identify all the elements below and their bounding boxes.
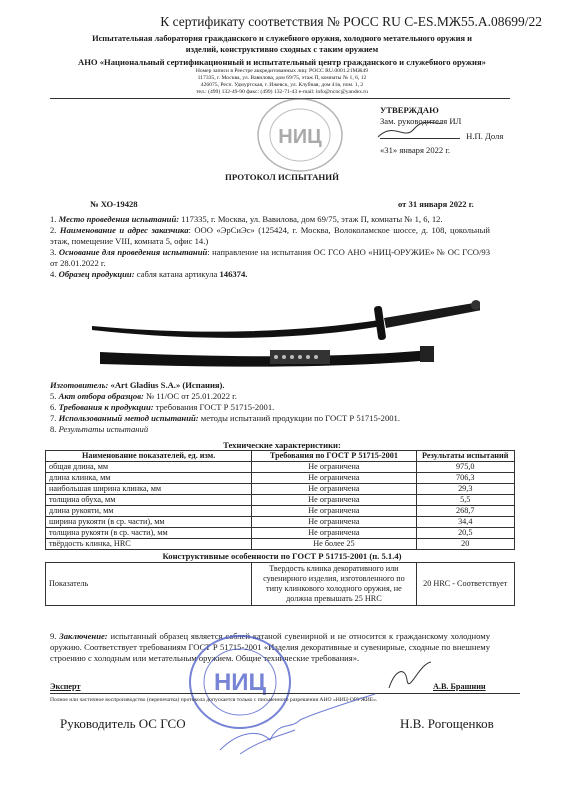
table-row: наибольшая ширина клинка, ммНе ограничен…: [46, 484, 515, 495]
approver-name: Н.П. Доля: [466, 131, 503, 141]
address-izhevsk: 426075, Респ. Удмуртская, г. Ижевск, ул.…: [0, 82, 564, 89]
org-contact-info: Номер записи в Реестре аккредитованных л…: [0, 68, 564, 96]
head-position: Руководитель ОС ГСО: [60, 716, 186, 732]
cell-parameter: толщина рукояти (в ср. части), мм: [46, 528, 252, 539]
table-row: длина рукояти, ммНе ограничена268,7: [46, 506, 515, 517]
cell-result: 706,3: [416, 473, 515, 484]
cell-result: 20,5: [416, 528, 515, 539]
certificate-reference: К сертификату соответствия № РОСС RU C-E…: [0, 14, 542, 30]
item-4: 4. Образец продукции: сабля катана артик…: [50, 269, 490, 280]
tech-table-header: Наименование показателей, ед. изм. Требо…: [46, 451, 515, 462]
lab-name: Испытательная лаборатория гражданского и…: [0, 33, 564, 55]
cell-parameter: толщина обуха, мм: [46, 495, 252, 506]
lab-stamp-icon: НИЦ: [250, 95, 350, 175]
column-header-result: Результаты испытаний: [416, 451, 515, 462]
katana-photo: [80, 296, 480, 378]
cell-requirement: Не ограничена: [252, 484, 416, 495]
table-row: длина клинка, ммНе ограничена706,3: [46, 473, 515, 484]
cell-parameter: общая длина, мм: [46, 462, 252, 473]
cell-requirement: Не ограничена: [252, 462, 416, 473]
column-header-parameter: Наименование показателей, ед. изм.: [46, 451, 252, 462]
table-row: толщина рукояти (в ср. части), ммНе огра…: [46, 528, 515, 539]
constr-requirement: Твердость клинка декоративного или сувен…: [252, 563, 416, 606]
construction-features-table: Показатель Твердость клинка декоративног…: [45, 562, 515, 606]
approval-date: «31» января 2022 г.: [380, 145, 503, 156]
table-row: твёрдость клинка, HRCНе более 2520: [46, 539, 515, 550]
cell-requirement: Не более 25: [252, 539, 416, 550]
cell-requirement: Не ограничена: [252, 517, 416, 528]
expert-signature-icon: [385, 660, 435, 692]
item-1: 1. Место проведения испытаний: 117335, г…: [50, 214, 490, 225]
protocol-number: № ХО-19428: [90, 199, 138, 209]
cell-requirement: Не ограничена: [252, 528, 416, 539]
protocol-items: 1. Место проведения испытаний: 117335, г…: [50, 214, 490, 280]
approval-label: УТВЕРЖДАЮ: [380, 105, 503, 116]
tech-table-title: Технические характеристики:: [0, 440, 564, 450]
lab-name-line2: изделий, конструктивно сходных с таким о…: [0, 44, 564, 55]
protocol-title: ПРОТОКОЛ ИСПЫТАНИЙ: [0, 172, 564, 182]
svg-text:НИЦ: НИЦ: [278, 126, 322, 148]
address-moscow: 117335, г. Москва, ул. Вавилова, дом 69/…: [0, 75, 564, 82]
expert-name: А.В. Брашнин: [433, 682, 486, 691]
column-header-requirement: Требования по ГОСТ Р 51715-2001: [252, 451, 416, 462]
constr-parameter: Показатель: [46, 563, 252, 606]
cell-requirement: Не ограничена: [252, 473, 416, 484]
protocol-items-2: Изготовитель: «Art Gladius S.A.» (Испани…: [50, 380, 490, 435]
item-5: 5. Акт отбора образцов: № 11/ОС от 25.01…: [50, 391, 490, 402]
cell-result: 29,3: [416, 484, 515, 495]
item-2: 2. Наименование и адрес заказчика: ООО «…: [50, 225, 490, 247]
constr-table-title: Конструктивные особенности по ГОСТ Р 517…: [0, 551, 564, 561]
table-row: ширина рукояти (в ср. части), ммНе огран…: [46, 517, 515, 528]
cell-parameter: ширина рукояти (в ср. части), мм: [46, 517, 252, 528]
cell-requirement: Не ограничена: [252, 506, 416, 517]
item-8: 8. Результаты испытаний: [50, 424, 490, 435]
table-row: Показатель Твердость клинка декоративног…: [46, 563, 515, 606]
cell-parameter: наибольшая ширина клинка, мм: [46, 484, 252, 495]
head-name: Н.В. Рогощенков: [400, 716, 494, 732]
cell-requirement: Не ограничена: [252, 495, 416, 506]
manufacturer: Изготовитель: «Art Gladius S.A.» (Испани…: [50, 380, 490, 391]
cell-result: 975,0: [416, 462, 515, 473]
approval-block: УТВЕРЖДАЮ Зам. руководителя ИЛ Н.П. Доля…: [380, 105, 503, 156]
cell-result: 268,7: [416, 506, 515, 517]
item-6: 6. Требования к продукции: требования ГО…: [50, 402, 490, 413]
registry-number: Номер записи в Реестре аккредитованных л…: [0, 68, 564, 75]
constr-result: 20 HRC - Соответствует: [416, 563, 515, 606]
organization-name: АНО «Национальный сертификационный и исп…: [0, 57, 564, 67]
cell-result: 20: [416, 539, 515, 550]
table-row: толщина обуха, ммНе ограничена5,5: [46, 495, 515, 506]
cell-parameter: длина рукояти, мм: [46, 506, 252, 517]
tech-characteristics-table: Наименование показателей, ед. изм. Требо…: [45, 450, 515, 550]
approver-signature-icon: [374, 119, 444, 143]
protocol-date: от 31 января 2022 г.: [398, 199, 474, 209]
expert-label: Эксперт: [50, 682, 81, 691]
table-row: общая длина, ммНе ограничена975,0: [46, 462, 515, 473]
item-3: 3. Основание для проведения испытаний: н…: [50, 247, 490, 269]
item-7: 7. Использованный метод испытаний: метод…: [50, 413, 490, 424]
cell-result: 5,5: [416, 495, 515, 506]
head-signature-icon: [200, 690, 380, 760]
cell-parameter: длина клинка, мм: [46, 473, 252, 484]
lab-name-line1: Испытательная лаборатория гражданского и…: [0, 33, 564, 44]
cell-parameter: твёрдость клинка, HRC: [46, 539, 252, 550]
cell-result: 34,4: [416, 517, 515, 528]
